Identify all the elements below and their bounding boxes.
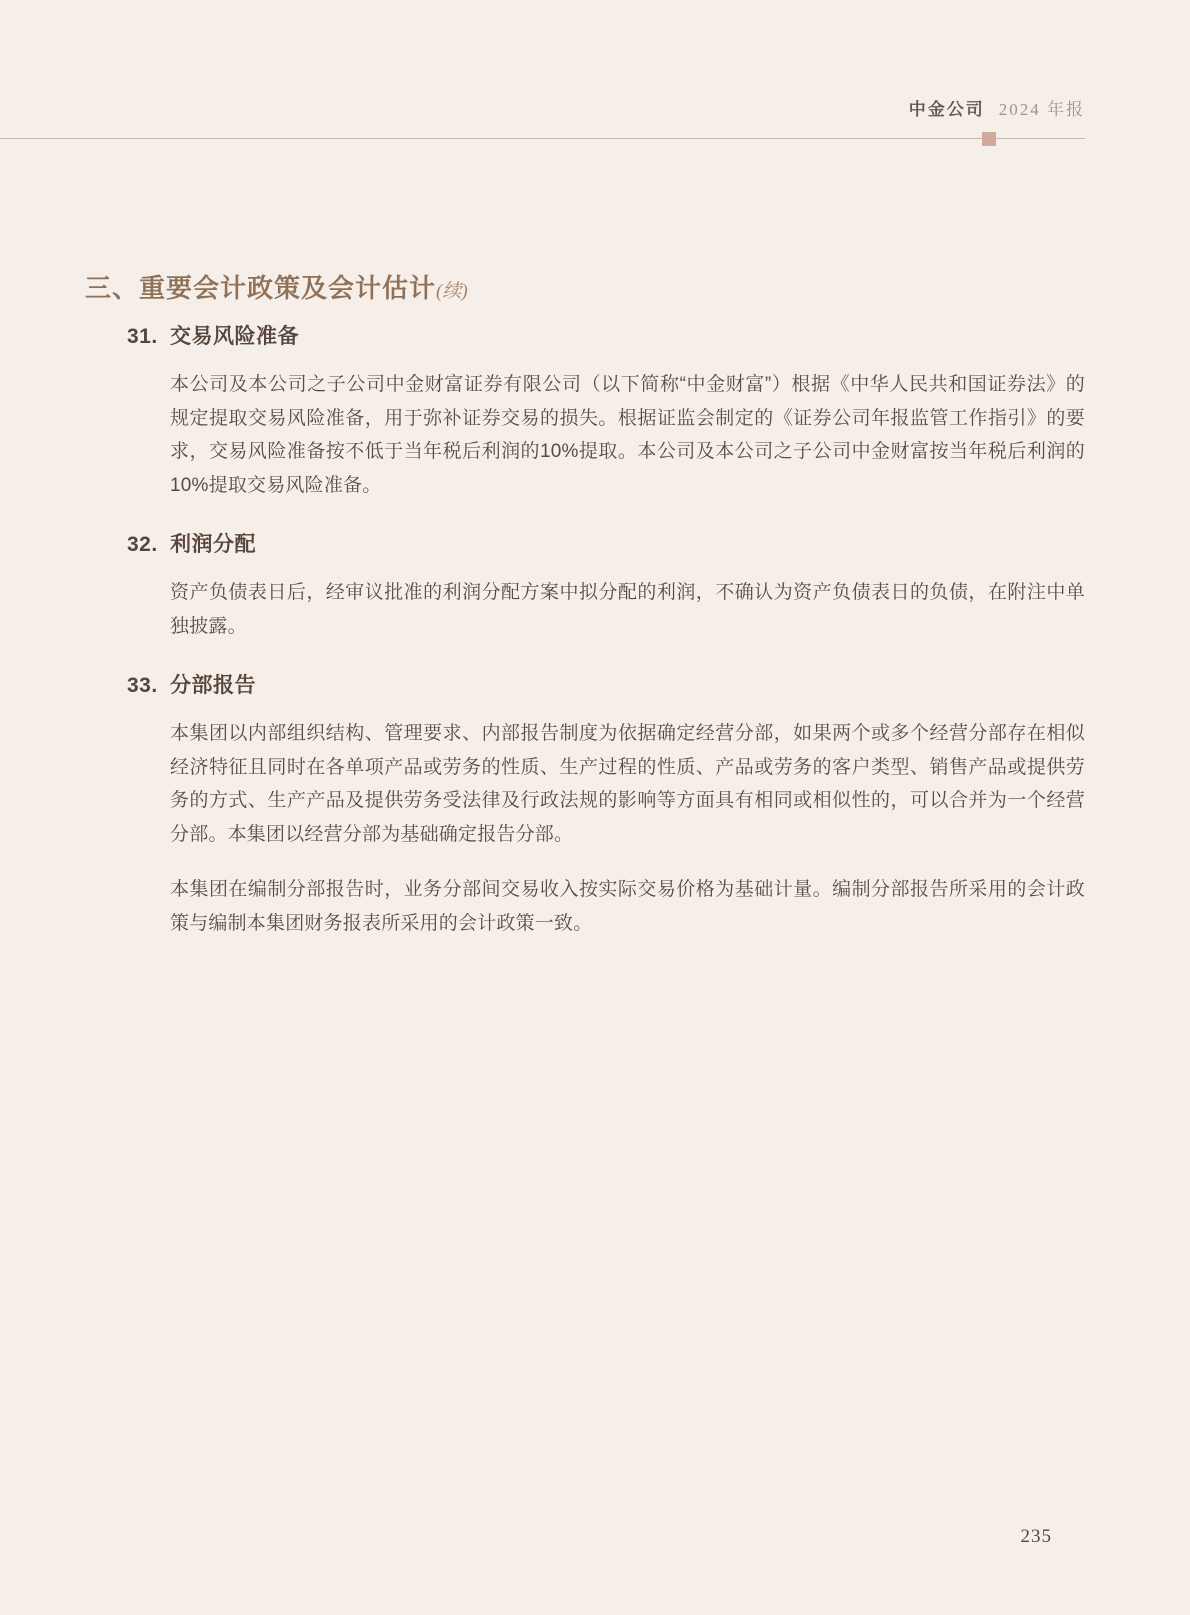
page-content: 三、重要会计政策及会计估计(续) 31. 交易风险准备 本公司及本公司之子公司中… xyxy=(0,270,1190,940)
subsection-heading-33: 33. 分部报告 xyxy=(127,671,1085,701)
subsection-heading-text: 分部报告 xyxy=(170,671,256,701)
section-title-text: 三、重要会计政策及会计估计 xyxy=(85,273,436,303)
subsection-heading-text: 交易风险准备 xyxy=(170,322,299,352)
subsection-heading-32: 32. 利润分配 xyxy=(127,530,1085,560)
paragraph: 本集团在编制分部报告时，业务分部间交易收入按实际交易价格为基础计量。编制分部报告… xyxy=(170,873,1085,940)
section-title: 三、重要会计政策及会计估计(续) xyxy=(85,270,1085,310)
paragraph: 本集团以内部组织结构、管理要求、内部报告制度为依据确定经营分部，如果两个或多个经… xyxy=(170,717,1085,851)
report-page: 中金公司2024 年报 三、重要会计政策及会计估计(续) 31. 交易风险准备 … xyxy=(0,0,1190,1615)
header-edition-label: 2024 年报 xyxy=(999,100,1085,119)
subsection-number: 32. xyxy=(127,530,170,560)
subsection-heading-31: 31. 交易风险准备 xyxy=(127,322,1085,352)
paragraph: 本公司及本公司之子公司中金财富证券有限公司（以下简称“中金财富”）根据《中华人民… xyxy=(170,368,1085,502)
header-rule-line xyxy=(0,138,1085,139)
subsection-number: 31. xyxy=(127,322,170,352)
section-title-continued-suffix: (续) xyxy=(436,281,468,302)
subsection-heading-text: 利润分配 xyxy=(170,530,256,560)
subsection-number: 33. xyxy=(127,671,170,701)
paragraph: 资产负债表日后，经审议批准的利润分配方案中拟分配的利润，不确认为资产负债表日的负… xyxy=(170,576,1085,643)
page-number: 235 xyxy=(1021,1526,1053,1548)
header-rule xyxy=(0,132,1190,146)
running-header: 中金公司2024 年报 xyxy=(0,0,1190,120)
header-company-name: 中金公司 xyxy=(909,100,985,119)
header-rule-square-marker xyxy=(982,132,996,146)
